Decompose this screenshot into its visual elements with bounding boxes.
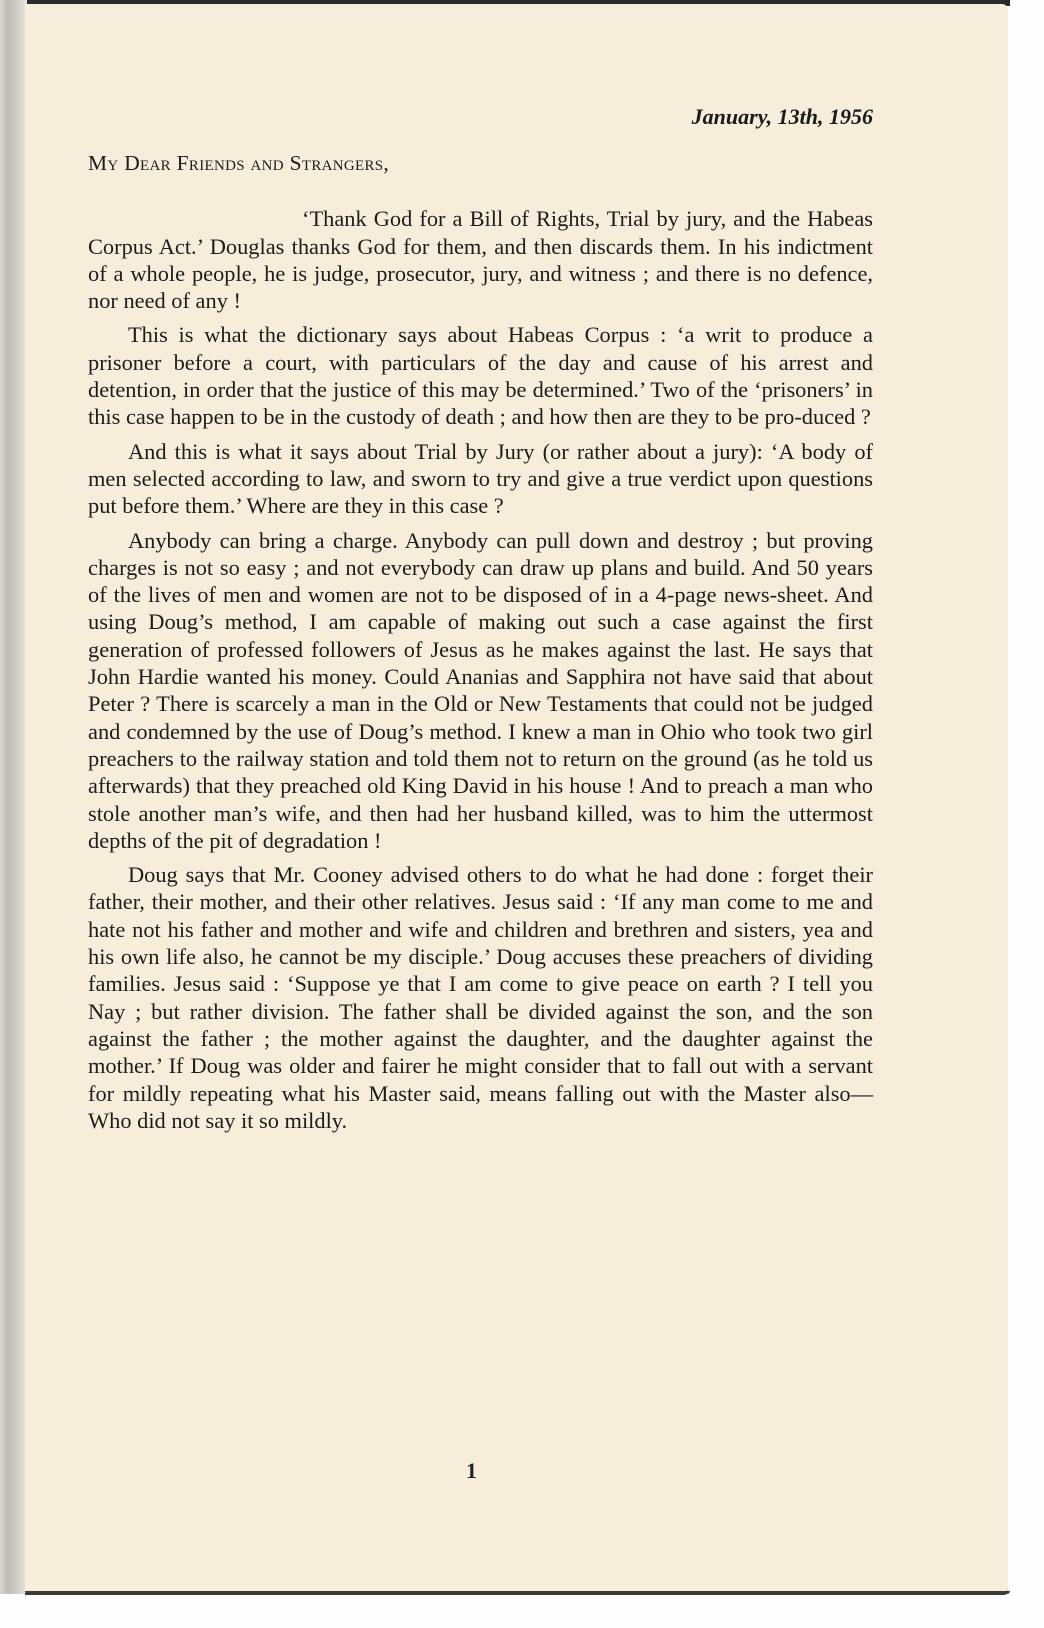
paragraph: ‘Thank God for a Bill of Rights, Trial b… bbox=[88, 205, 873, 314]
letter-body: January, 13th, 1956 My Dear Friends and … bbox=[88, 100, 873, 1141]
letter-date: January, 13th, 1956 bbox=[88, 102, 873, 132]
page-bottom-edge bbox=[25, 1591, 1010, 1594]
paragraph: Doug says that Mr. Cooney advised others… bbox=[88, 861, 873, 1134]
paragraph: And this is what it says about Trial by … bbox=[88, 438, 873, 520]
paragraph: Anybody can bring a charge. Anybody can … bbox=[88, 527, 873, 855]
paragraph: This is what the dictionary says about H… bbox=[88, 321, 873, 430]
binding-edge bbox=[0, 0, 27, 1594]
salutation: My Dear Friends and Strangers, bbox=[88, 150, 873, 177]
page-number: 1 bbox=[466, 1458, 477, 1484]
